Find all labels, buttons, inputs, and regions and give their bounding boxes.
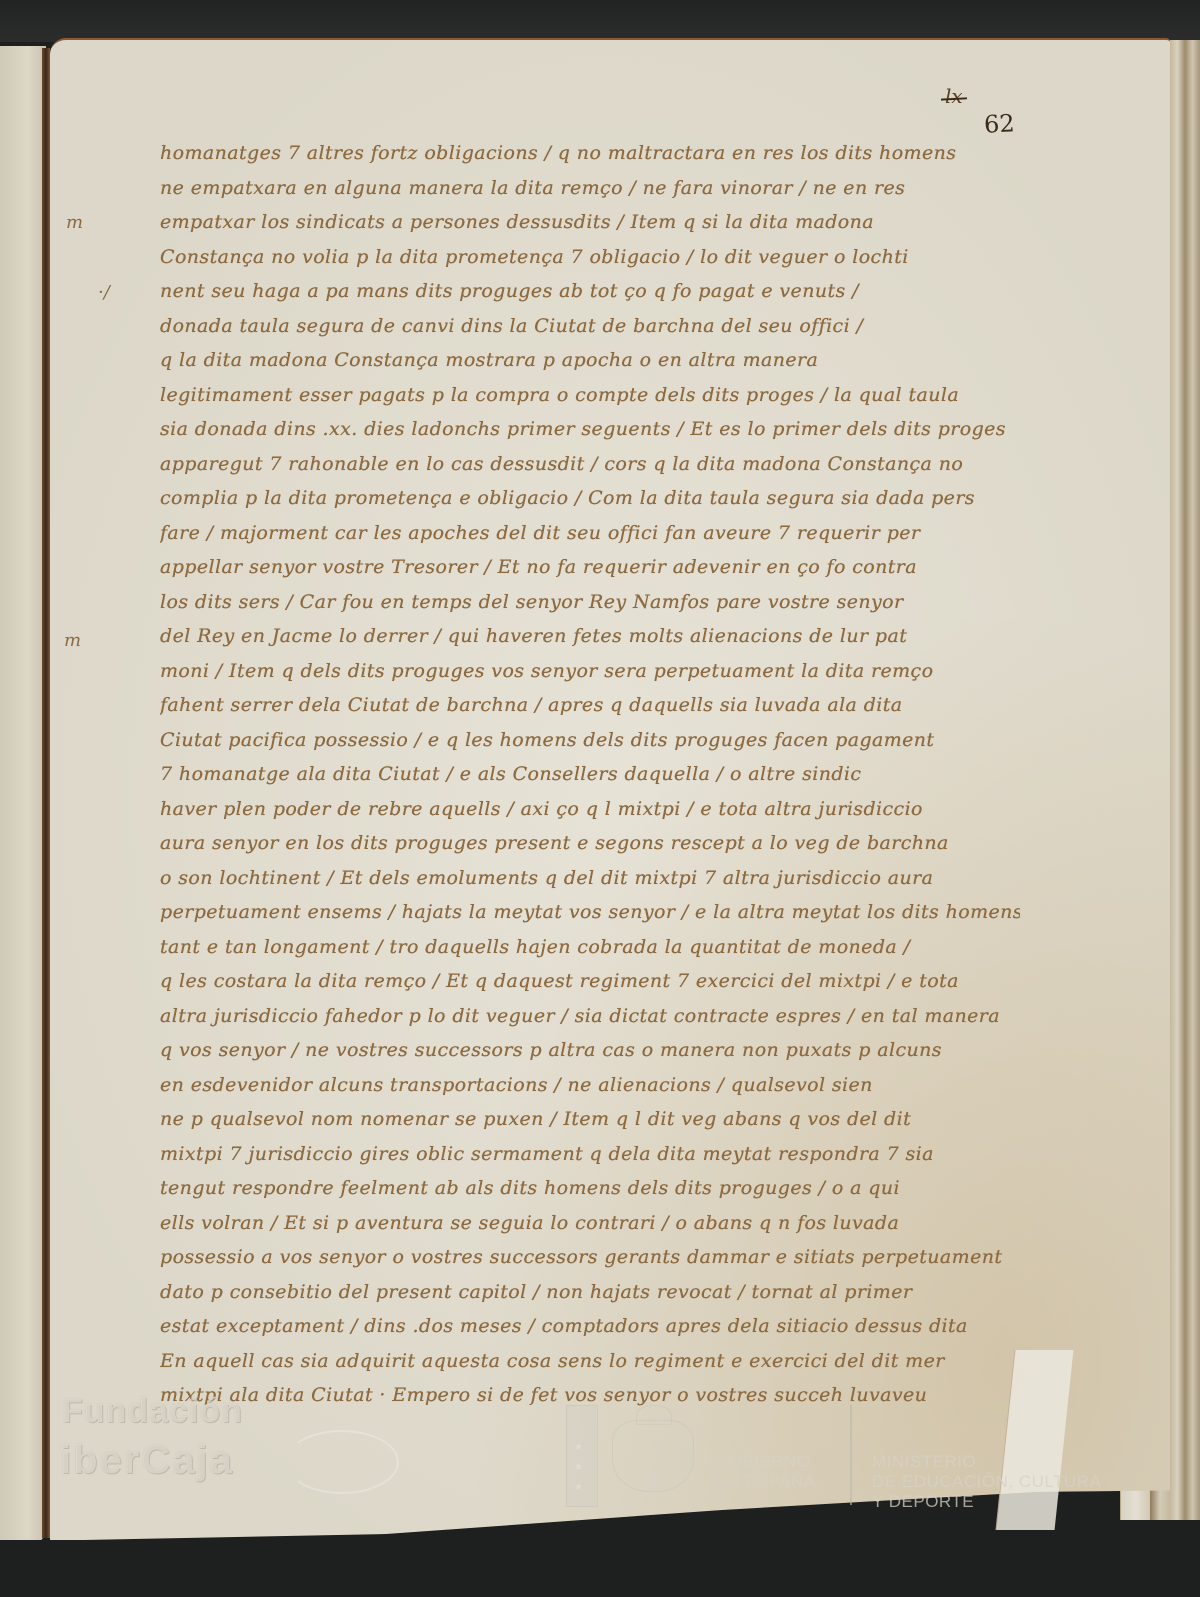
text-line: altra jurisdiccio fahedor p lo dit vegue… bbox=[160, 999, 1020, 1034]
text-line: ells volran / Et si p aventura se seguia… bbox=[160, 1206, 1020, 1241]
text-line: apparegut 7 rahonable en lo cas dessusdi… bbox=[160, 447, 1020, 482]
book-gutter bbox=[42, 48, 50, 1538]
text-line: donada taula segura de canvi dins la Ciu… bbox=[160, 309, 1020, 344]
text-line: 7 homanatge ala dita Ciutat / e als Cons… bbox=[160, 757, 1020, 792]
text-line: tengut respondre feelment ab als dits ho… bbox=[160, 1171, 1020, 1206]
ibercaja-logo-icon bbox=[285, 1430, 399, 1494]
text-line: empatxar los sindicats a persones dessus… bbox=[160, 205, 1020, 240]
star-icon: ★ bbox=[574, 1482, 583, 1493]
scan-background-bottom bbox=[0, 1540, 1200, 1597]
manuscript-text: homanatges 7 altres fortz obligacions / … bbox=[160, 136, 1020, 1413]
watermark-gobierno: GOBIERNO DE ESPAÑA bbox=[715, 1452, 816, 1492]
watermark-fundacion: Fundación bbox=[62, 1392, 243, 1431]
text-line: perpetuament ensems / hajats la meytat v… bbox=[160, 895, 1020, 930]
struck-folio-number: lx bbox=[945, 84, 963, 108]
text-line: Ciutat pacifica possessio / e q les home… bbox=[160, 723, 1020, 758]
folio-number: 62 bbox=[983, 109, 1015, 139]
text-line: En aquell cas sia adquirit aquesta cosa … bbox=[160, 1344, 1020, 1379]
watermark-ministerio: MINISTERIO DE EDUCACIÓN, CULTURA Y DEPOR… bbox=[872, 1452, 1101, 1512]
text-line: homanatges 7 altres fortz obligacions / … bbox=[160, 136, 1020, 171]
text-line: q les costara la dita remço / Et q daque… bbox=[160, 964, 1020, 999]
margin-note: ·/ bbox=[98, 282, 110, 303]
ministerio-line2: DE EDUCACIÓN, CULTURA bbox=[872, 1472, 1101, 1492]
text-line: legitimament esser pagats p la compra o … bbox=[160, 378, 1020, 413]
text-line: tant e tan longament / tro daquells haje… bbox=[160, 930, 1020, 965]
text-line: q la dita madona Constança mostrara p ap… bbox=[160, 343, 1020, 378]
text-line: los dits sers / Car fou en temps del sen… bbox=[160, 585, 1020, 620]
text-line: del Rey en Jacme lo derrer / qui haveren… bbox=[160, 619, 1020, 654]
facing-page-edge bbox=[0, 46, 46, 1546]
coat-of-arms-icon bbox=[612, 1420, 694, 1492]
text-line: o son lochtinent / Et dels emoluments q … bbox=[160, 861, 1020, 896]
scan-background-top bbox=[0, 0, 1200, 42]
text-line: possessio a vos senyor o vostres success… bbox=[160, 1240, 1020, 1275]
watermark-divider bbox=[850, 1405, 852, 1505]
margin-note: m bbox=[64, 630, 81, 651]
text-line: estat exceptament / dins .dos meses / co… bbox=[160, 1309, 1020, 1344]
star-icon: ★ bbox=[574, 1442, 583, 1453]
gobierno-line1: GOBIERNO bbox=[715, 1452, 816, 1472]
text-line: dato p consebitio del present capitol / … bbox=[160, 1275, 1020, 1310]
ministerio-line3: Y DEPORTE bbox=[872, 1492, 1101, 1512]
text-line: Constança no volia p la dita prometença … bbox=[160, 240, 1020, 275]
margin-note: m bbox=[66, 212, 83, 233]
watermark-ibercaja: iberCaja bbox=[60, 1438, 234, 1483]
text-line: ne p qualsevol nom nomenar se puxen / It… bbox=[160, 1102, 1020, 1137]
text-line: fahent serrer dela Ciutat de barchna / a… bbox=[160, 688, 1020, 723]
text-line: haver plen poder de rebre aquells / axi … bbox=[160, 792, 1020, 827]
text-line: nent seu haga a pa mans dits proguges ab… bbox=[160, 274, 1020, 309]
text-line: appellar senyor vostre Tresorer / Et no … bbox=[160, 550, 1020, 585]
text-line: aura senyor en los dits proguges present… bbox=[160, 826, 1020, 861]
text-line: ne empatxara en alguna manera la dita re… bbox=[160, 171, 1020, 206]
text-line: mixtpi 7 jurisdiccio gires oblic sermame… bbox=[160, 1137, 1020, 1172]
text-line: complia p la dita prometença e obligacio… bbox=[160, 481, 1020, 516]
star-icon: ★ bbox=[574, 1462, 583, 1473]
gobierno-line2: DE ESPAÑA bbox=[715, 1472, 816, 1492]
text-line: moni / Item q dels dits proguges vos sen… bbox=[160, 654, 1020, 689]
text-line: fare / majorment car les apoches del dit… bbox=[160, 516, 1020, 551]
ministerio-line1: MINISTERIO bbox=[872, 1452, 1101, 1472]
text-line: en esdevenidor alcuns transportacions / … bbox=[160, 1068, 1020, 1103]
text-line: sia donada dins .xx. dies ladonchs prime… bbox=[160, 412, 1020, 447]
text-line: q vos senyor / ne vostres successors p a… bbox=[160, 1033, 1020, 1068]
